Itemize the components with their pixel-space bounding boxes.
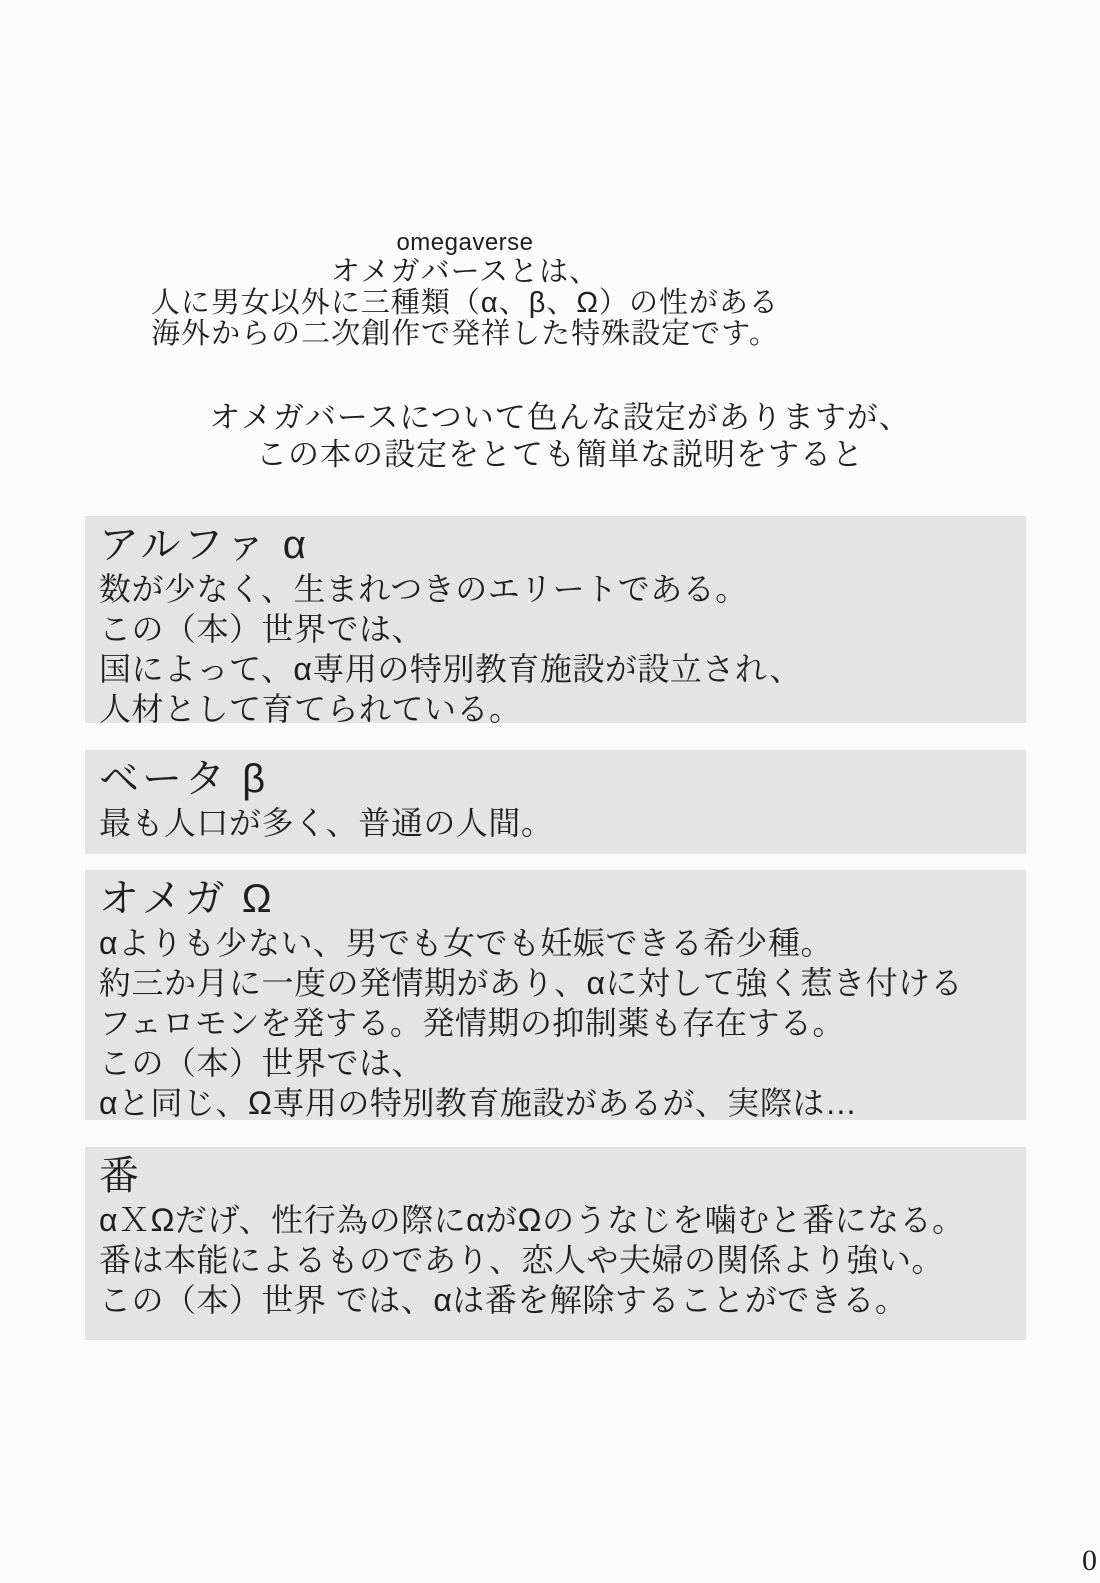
section-omega-line: この（本）世界では、	[99, 1043, 1008, 1083]
section-alpha-line: 数が少なく、生まれつきのエリートである。	[99, 569, 1008, 609]
section-tsugai-line: この（本）世界 では、αは番を解除することができる。	[99, 1280, 1008, 1320]
section-omega-line: 約三か月に一度の発情期があり、αに対して強く惹き付ける	[99, 963, 1008, 1003]
section-alpha-line: この（本）世界では、	[99, 609, 1008, 649]
section-alpha: アルファ α 数が少なく、生まれつきのエリートである。 この（本）世界では、 国…	[85, 516, 1026, 723]
section-alpha-heading: アルファ α	[99, 521, 1008, 569]
section-tsugai-line: αＸΩだげ、性行為の際にαがΩのうなじを噛むと番になる。	[99, 1200, 1008, 1240]
section-omega: オメガ Ω αよりも少ない、男でも女でも妊娠できる希少種。 約三か月に一度の発情…	[85, 870, 1026, 1120]
intro-line: 人に男女以外に三種類（α、β、Ω）の性がある	[0, 288, 930, 319]
section-omega-line: αと同じ、Ω専用の特別教育施設があるが、実際は…	[99, 1083, 1008, 1123]
section-beta: ベータ β 最も人口が多く、普通の人間。	[85, 750, 1026, 854]
section-omega-line: フェロモンを発する。発情期の抑制薬も存在する。	[99, 1003, 1008, 1043]
section-omega-heading: オメガ Ω	[99, 875, 1008, 923]
preface-line: この本の設定をとても簡単な説明をすると	[20, 436, 1100, 473]
preface-line: オメガバースについて色んな設定がありますが、	[20, 399, 1100, 436]
document-page: omegaverse オメガバースとは、 人に男女以外に三種類（α、β、Ω）の性…	[0, 0, 1100, 1583]
section-beta-heading: ベータ β	[99, 755, 1008, 803]
intro-line: オメガバースとは、	[0, 257, 930, 288]
section-alpha-line: 人材として育てられている。	[99, 689, 1008, 729]
section-tsugai: 番 αＸΩだげ、性行為の際にαがΩのうなじを噛むと番になる。 番は本能によるもの…	[85, 1147, 1026, 1340]
omegaverse-latin-title: omegaverse	[0, 229, 930, 257]
section-alpha-line: 国によって、α専用の特別教育施設が設立され、	[99, 649, 1008, 689]
intro-block: omegaverse オメガバースとは、 人に男女以外に三種類（α、β、Ω）の性…	[0, 229, 930, 350]
section-beta-line: 最も人口が多く、普通の人間。	[99, 803, 1008, 843]
section-tsugai-heading: 番	[99, 1152, 1008, 1200]
intro-line: 海外からの二次創作で発祥した特殊設定です。	[0, 319, 930, 350]
page-number: 0	[1082, 1544, 1097, 1578]
preface-block: オメガバースについて色んな設定がありますが、 この本の設定をとても簡単な説明をす…	[20, 399, 1100, 473]
section-tsugai-line: 番は本能によるものであり、恋人や夫婦の関係より強い。	[99, 1240, 1008, 1280]
section-omega-line: αよりも少ない、男でも女でも妊娠できる希少種。	[99, 923, 1008, 963]
